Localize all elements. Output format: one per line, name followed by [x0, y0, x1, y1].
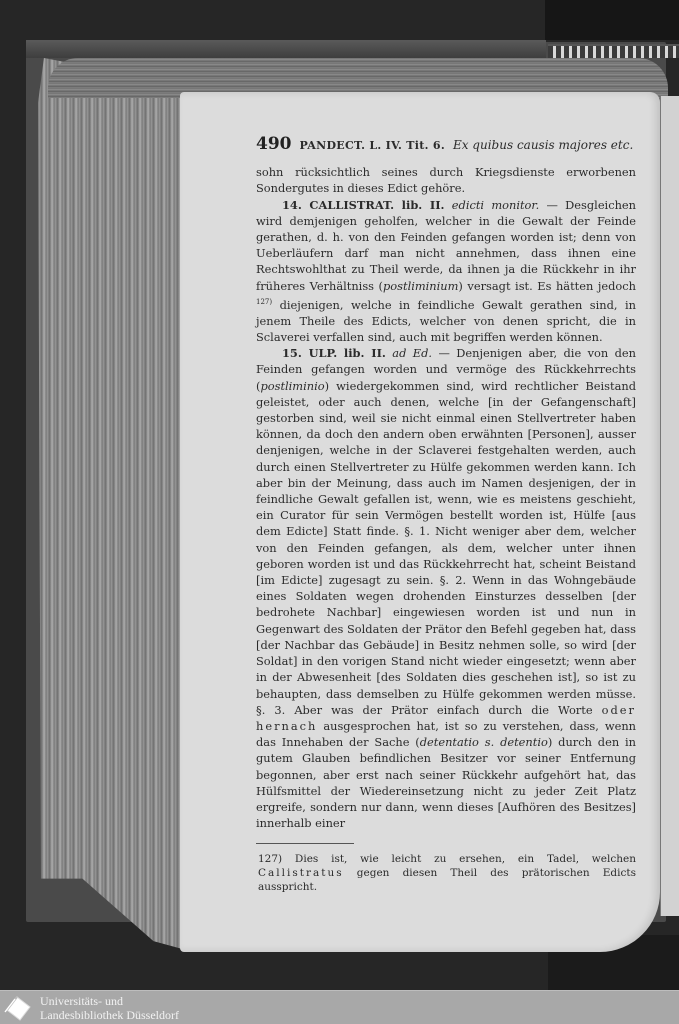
- book-cover-top: [26, 40, 546, 58]
- section-14-text-c: diejenigen, welche in feindliche Gewalt …: [256, 298, 636, 344]
- footnote-marker: 127): [258, 853, 282, 865]
- continuation-paragraph: sohn rücksichtlich seines durch Kriegsdi…: [256, 164, 636, 196]
- running-head-title: Ex quibus causis majores etc.: [453, 137, 633, 153]
- section-14-term: postliminium: [383, 279, 458, 293]
- footnote-reference[interactable]: 127): [256, 298, 272, 306]
- section-14-source: edicti monitor.: [452, 198, 539, 212]
- library-name-line-2: Landesbibliothek Düsseldorf: [40, 1008, 179, 1022]
- section-15-term: postliminio: [260, 379, 324, 393]
- library-footer-bar: Universitäts- und Landesbibliothek Düsse…: [0, 990, 679, 1024]
- section-14: 14. CALLISTRAT. lib. II. edicti monitor.…: [256, 197, 636, 346]
- page-block-edge: [38, 58, 186, 950]
- library-name[interactable]: Universitäts- und Landesbibliothek Düsse…: [40, 994, 179, 1022]
- facing-page-edge: [660, 96, 679, 916]
- headband: [548, 44, 679, 58]
- running-head-reference: PANDECT. L. IV. Tit. 6.: [300, 138, 445, 154]
- section-15-term-2: detentatio s. detentio: [420, 735, 548, 749]
- section-15-text-d: ) durch den in gutem Glauben befindliche…: [256, 735, 636, 830]
- book-icon: [3, 993, 33, 1023]
- footnote-127: 127) Dies ist, wie leicht zu ersehen, ei…: [256, 852, 636, 894]
- section-15: 15. ULP. lib. II. ad Ed. — Denjenigen ab…: [256, 345, 636, 831]
- page-number: 490: [256, 136, 292, 152]
- running-head: 490 PANDECT. L. IV. Tit. 6. Ex quibus ca…: [256, 136, 636, 154]
- footnote-divider: [256, 843, 354, 844]
- section-15-lemma: 15. ULP. lib. II.: [282, 346, 386, 360]
- section-15-text-b: ) wiedergekommen sind, wird rechtlicher …: [256, 379, 636, 717]
- footnote-text-a: Dies ist, wie leicht zu ersehen, ein Tad…: [295, 853, 636, 865]
- footnote-author: Callistratus: [258, 867, 344, 879]
- background-shadow: [545, 0, 679, 40]
- section-14-text-b: ) versagt ist. Es hätten jedoch: [458, 279, 636, 293]
- library-name-line-1: Universitäts- und: [40, 994, 179, 1008]
- section-14-lemma: 14. CALLISTRAT. lib. II.: [282, 198, 445, 212]
- page-text: 490 PANDECT. L. IV. Tit. 6. Ex quibus ca…: [256, 136, 636, 894]
- section-15-source: ad Ed.: [392, 346, 432, 360]
